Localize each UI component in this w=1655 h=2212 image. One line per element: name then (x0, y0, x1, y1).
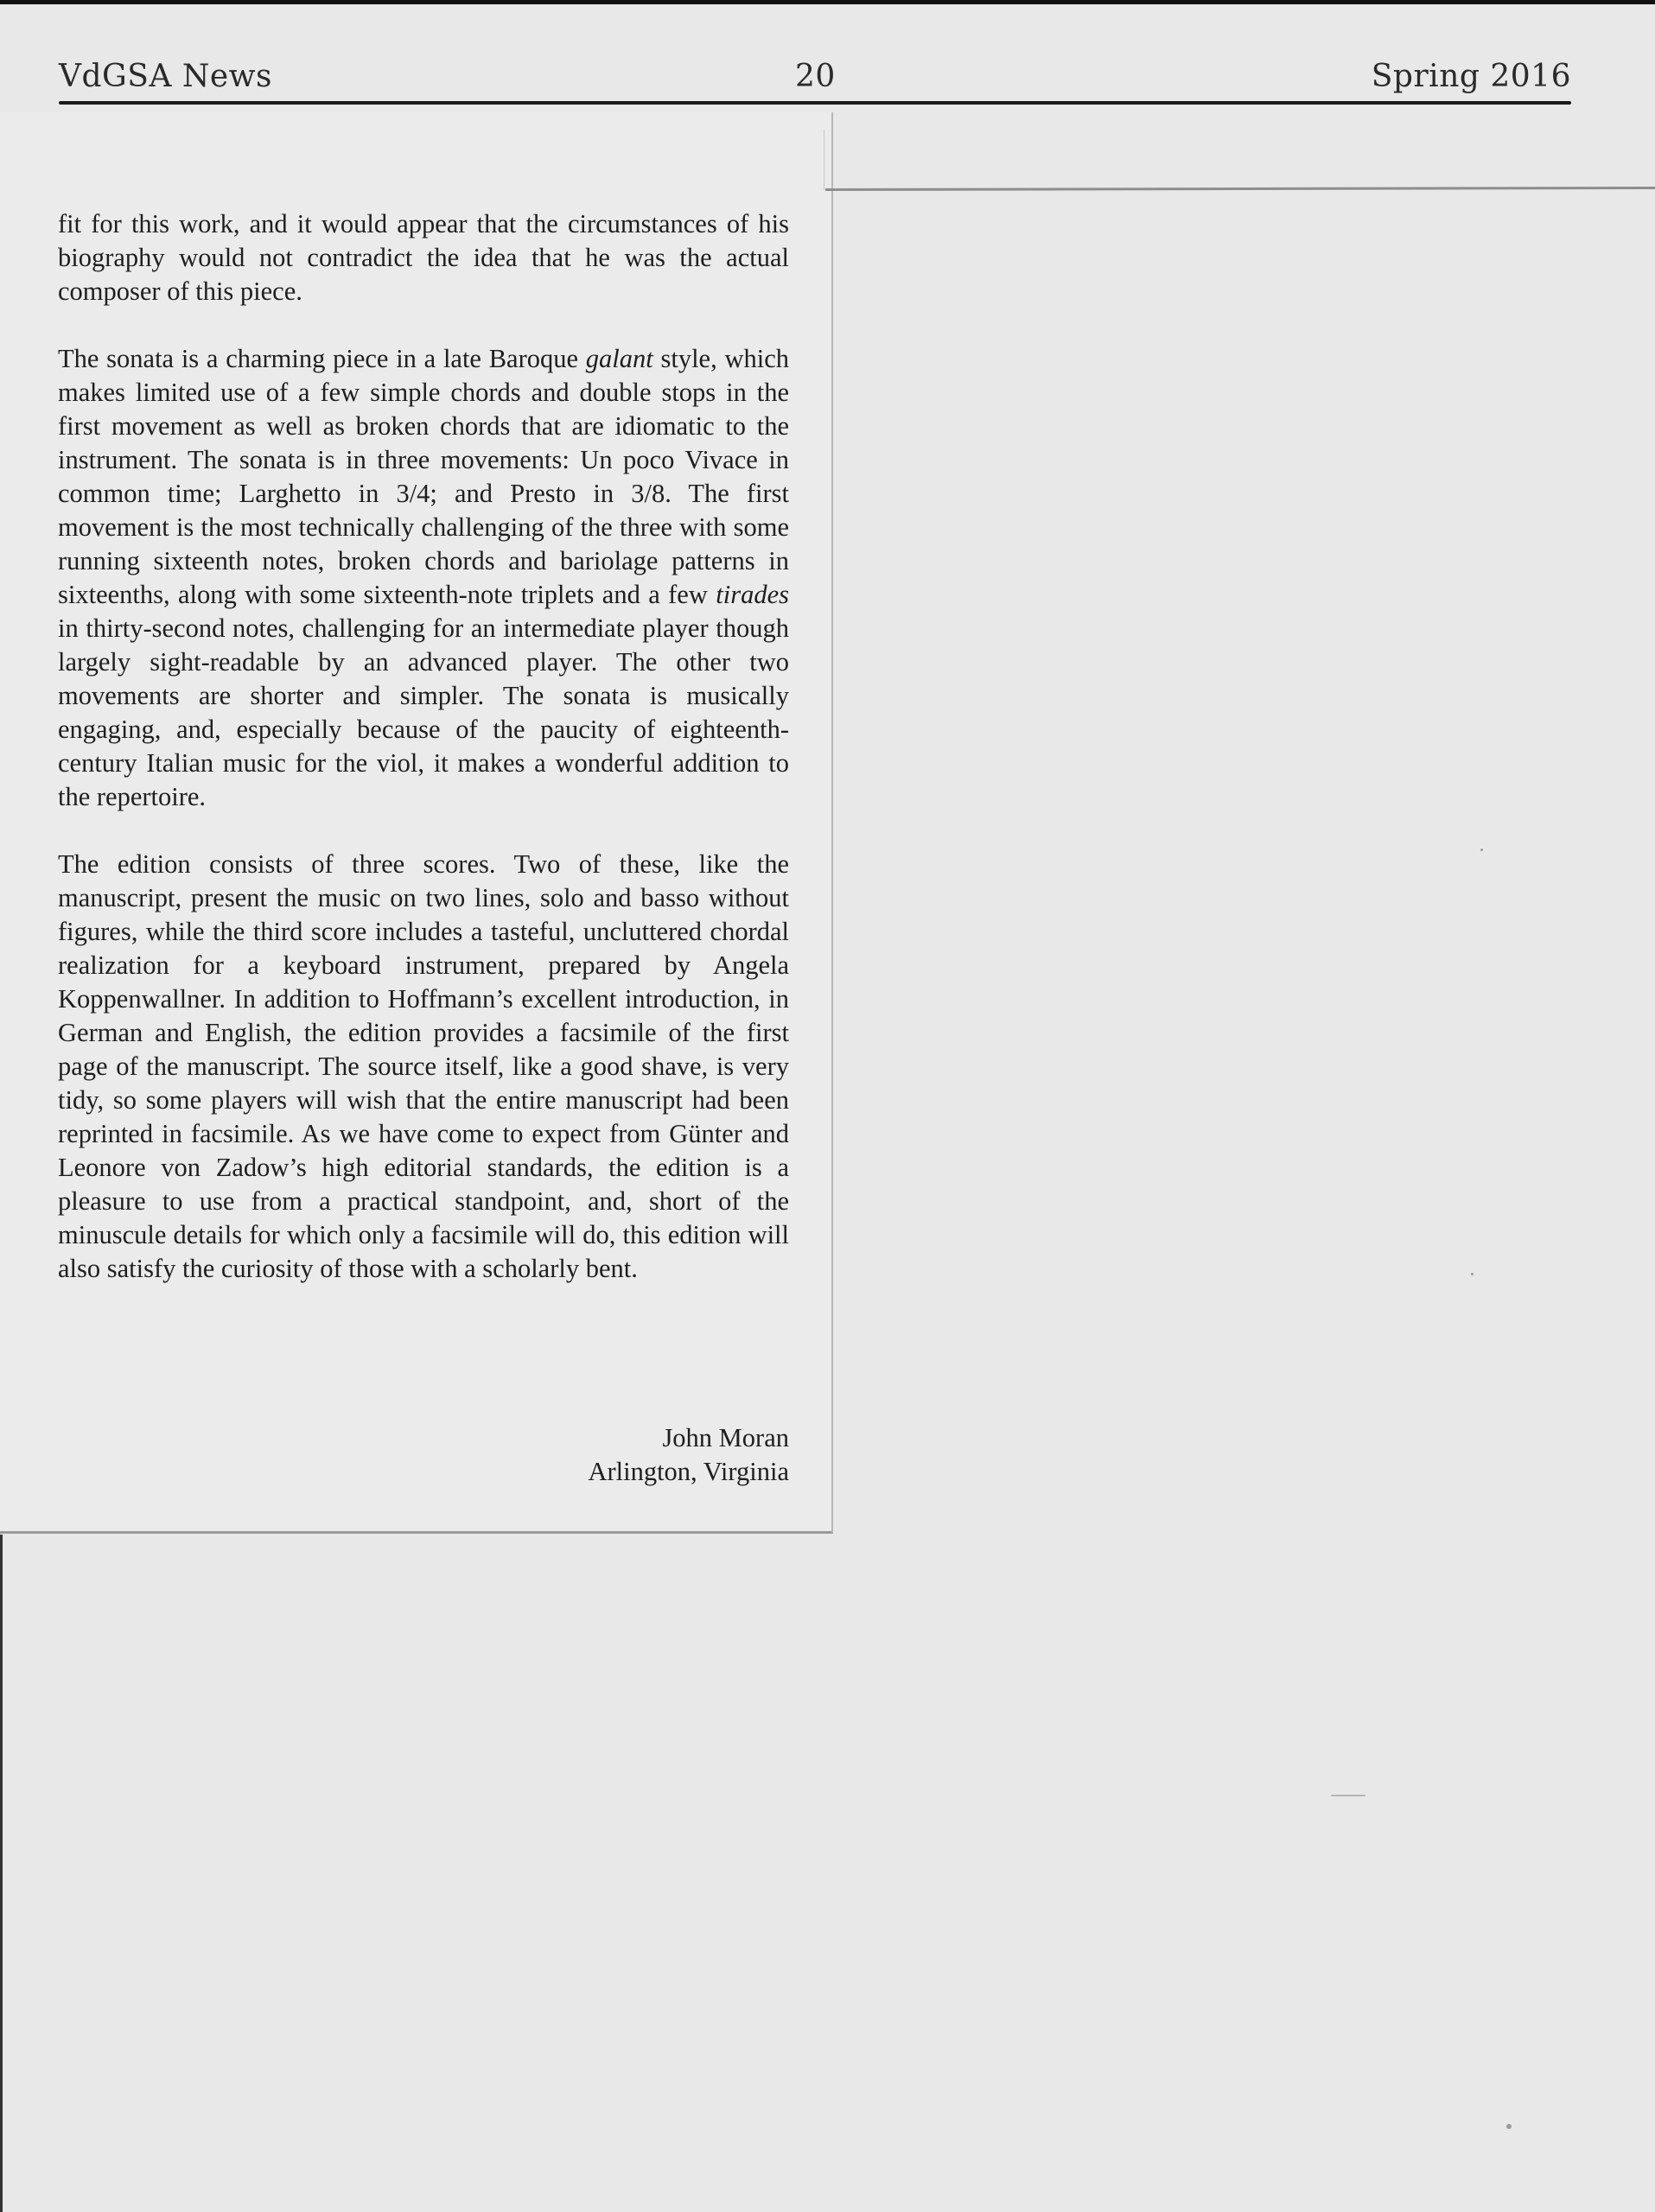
scan-speck (1471, 1273, 1474, 1275)
author-location: Arlington, Virginia (588, 1455, 789, 1489)
italic-term-tirades: tirades (716, 580, 789, 609)
paragraph-3-text: The edition consists of three scores. Tw… (58, 849, 789, 1283)
paragraph-2-text-b: style, which makes limited use of a few … (58, 344, 789, 609)
scan-speck (1331, 1795, 1365, 1796)
publication-title: VdGSA News (59, 59, 272, 94)
paste-edge-vertical (824, 130, 824, 190)
paragraph-3: The edition consists of three scores. Tw… (58, 848, 789, 1286)
italic-term-galant: galant (586, 344, 653, 373)
scan-speck (1506, 2124, 1512, 2129)
paragraph-2: The sonata is a charming piece in a late… (58, 342, 789, 814)
scan-top-edge (0, 0, 1655, 4)
article-body: fit for this work, and it would appear t… (58, 207, 789, 1319)
paragraph-2-text-c: in thirty-second notes, challenging for … (58, 613, 789, 811)
scan-speck (1480, 849, 1483, 851)
issue-date: Spring 2016 (1372, 59, 1571, 94)
paragraph-1-text: fit for this work, and it would appear t… (58, 209, 789, 306)
page-number: 20 (795, 59, 836, 94)
author-signature: John Moran Arlington, Virginia (588, 1421, 789, 1489)
header-rule (59, 101, 1571, 105)
page-header: VdGSA News 20 Spring 2016 (59, 55, 1571, 104)
author-name: John Moran (588, 1421, 789, 1455)
paragraph-2-text-a: The sonata is a charming piece in a late… (58, 344, 586, 373)
paste-edge-line (825, 187, 1655, 191)
scan-left-edge (0, 1535, 3, 2212)
paragraph-1: fit for this work, and it would appear t… (58, 207, 789, 308)
